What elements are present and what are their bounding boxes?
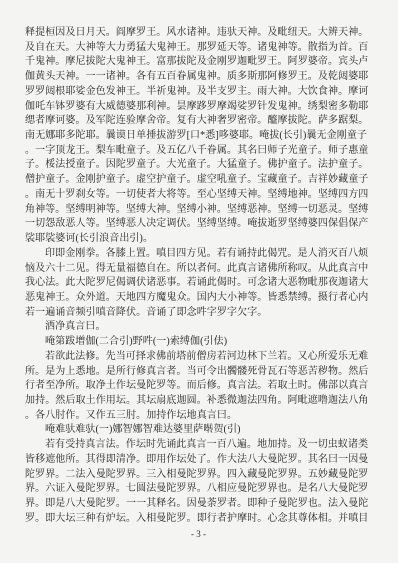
text-line: 罗。即大坛三种有炉坛。入相曼陀罗。即行者护摩时。心念其尊体相。并嗔目 bbox=[25, 512, 372, 527]
text-line: 千鬼神。摩尼拔陀大鬼神王。富那拔陀及金刚罗迦毗罗王。阿罗婆帝。宾头卢 bbox=[25, 55, 372, 70]
text-line: 。一字顶龙王。梨车毗童子。及五亿八千眷属。其名曰师子光童子。师子惠童 bbox=[25, 144, 372, 159]
text-line: 界。六证入曼陀罗界。七圆法曼陀罗界。八相应曼陀罗界也。是名八大曼陀罗 bbox=[25, 482, 372, 497]
text-line: 一切怨敌恶人等。坚缚恶人决定调伏。坚缚坚缚。唵拔逝罗坚缚婆四保倡保产 bbox=[25, 217, 372, 232]
text-line: 若有受持真言法。作坛时先诵此真言一百八遍。地加持。及一切虫蚁诸类 bbox=[25, 438, 372, 453]
text-line: 罗罗闼根耶娑金色发神王。半祈鬼神。及半支罗主。雨大神。大饮食神。摩诃 bbox=[25, 85, 372, 100]
text-line: 子。桵法授童子。因陀罗童子。大光童子。大猛童子。佛护童子。法护童子。 bbox=[25, 158, 372, 173]
page-number: - 3 - bbox=[25, 529, 372, 539]
mantra-line: 唵第跋增伽(二合引)野吽(一)索缚伽(引佉) bbox=[25, 335, 372, 350]
text-line: 恶鬼神王。众外道。天地四方魔鬼众。国内大小神等。皆悉禁缚。摄行者心内 bbox=[25, 291, 372, 306]
text-line: 释提桓因及日月天。阎摩罗王。风水诸神。违驮天神。及毗纽天。大辨天神。 bbox=[25, 26, 372, 41]
text-line: 。各八肘作。又作五三肘。加持作坛地真言曰。 bbox=[25, 409, 372, 424]
text-line: 恼及六十二见。得无量福德自在。所以者何。此真言诸佛所称叹。从此真言中 bbox=[25, 262, 372, 277]
document-page: 释提桓因及日月天。阎摩罗王。风水诸神。违驮天神。及毗纽天。大辨天神。 及自在天。… bbox=[0, 0, 398, 563]
text-line: 行者至净所。取净土作坛曼陀罗等。而后修。真言法。若取土时。佛部以真言 bbox=[25, 379, 372, 394]
text-line: 陀罗界。二法入曼陀罗界。三入相曼陀罗界。四入藏曼陀罗界。五妙藏曼陀罗 bbox=[25, 468, 372, 483]
text-line: 皆移遮他所。其得即清净。即用作坛处了。作大法八大曼陀罗。其名曰一因曼 bbox=[25, 453, 372, 468]
text-line: 及自在天。大神等大力勇猛大鬼神王。那罗延天等。诸鬼神等。散指为首。百 bbox=[25, 41, 372, 56]
text-line: 若欲此法修。先当可择求佛前塔前僧房若河边林下兰若。又心所爱乐无难 bbox=[25, 350, 372, 365]
text-line: 界。即是八大曼陀罗。一一其释名。因曼荼罗者。即种子曼陀罗也。法入曼陀 bbox=[25, 497, 372, 512]
text-line: 裟耶裟婆诃(长引浪音出引)。 bbox=[25, 232, 372, 247]
text-line: 僧护童子。金刚护童子。虚空护童子。虚空吼童子。宝藏童子。吉祥妙藏童子 bbox=[25, 173, 372, 188]
text-line: 伽吒车钵罗婆有大威德婆那利神。昙摩跢罗摩竭娑罗针发鬼神。绣梨密多勒耶 bbox=[25, 100, 372, 115]
text-line: 角神等。坚缚明神等。坚缚大神。坚缚小神。坚缚恶神。坚缚一切恶灵。坚缚 bbox=[25, 203, 372, 218]
text-line: 我心法。此大陀罗尼偈调伏诸恶事。若诵此偈时。可念诸大恶物毗那夜迦诸大 bbox=[25, 276, 372, 291]
text-line: 加持。然后取土作用坛。其坛扇底迦圆。补悉微迦法四角。阿毗遮噜迦法八角 bbox=[25, 394, 372, 409]
text-line: 洒净真言曰。 bbox=[25, 320, 372, 335]
sutra-text-block: 释提桓因及日月天。阎摩罗王。风水诸神。违驮天神。及毗纽天。大辨天神。 及自在天。… bbox=[25, 26, 372, 526]
text-line: 缌者摩诃婆。及军陀连验摩舍帝。复有大神奢罗密帝。醯摩拔陀。萨多踞梨。 bbox=[25, 114, 372, 129]
text-line: 印即金刚拳。各膝上置。嗔目四方见。若有诵持此偈咒。是人消灭百八烦 bbox=[25, 247, 372, 262]
text-line: 。南无十罗刹女等。一切使者大将等。至心坚缚天神。坚缚地神。坚缚四方四 bbox=[25, 188, 372, 203]
text-line: 伽黄头天神。一一诸神。各有五百眷属鬼神。质多斯那阿修罗王。及乾闼婆耶 bbox=[25, 70, 372, 85]
text-line: 南无娜耶多陀耶。曩谟日单捶拔游罗[口*悉]哆婆耶。唵拔(长引)曩无金刚童子 bbox=[25, 129, 372, 144]
mantra-line: 唵难驮难驮(一)娜智娜智难达婆里萨啭贺(引) bbox=[25, 423, 372, 438]
text-line: 所。是为上悉地。是所行修真言者。当可令出髑髅死骨瓦石等恶苦秽物。然后 bbox=[25, 365, 372, 380]
text-line: 若一遍诵音频引嗔音降伏。音诵了即念吽字罗字欠字。 bbox=[25, 306, 372, 321]
